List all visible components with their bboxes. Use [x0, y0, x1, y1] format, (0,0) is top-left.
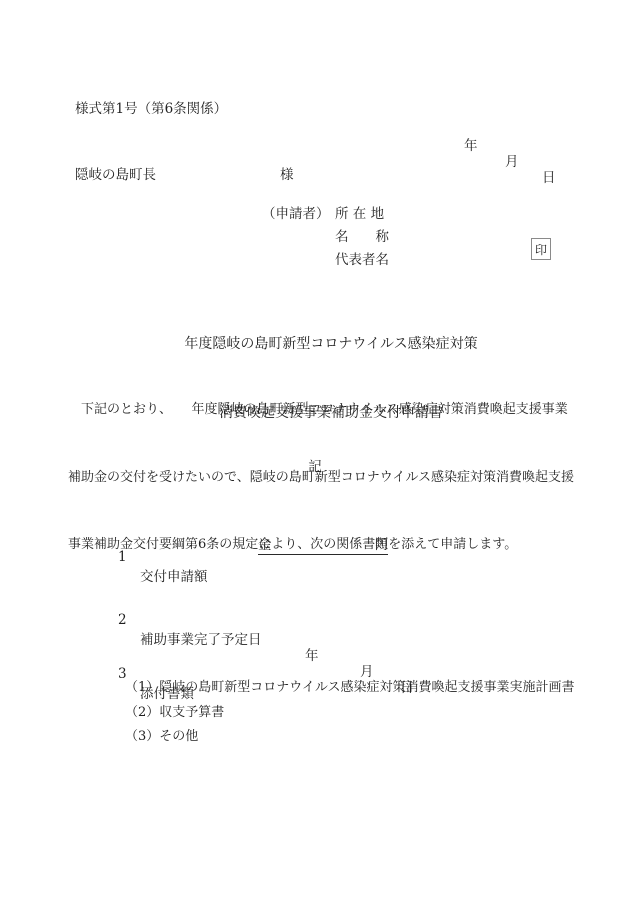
- body-paragraph-line: 下記のとおり、 年度隠岐の島町新型コロナウイルス感染症対策消費喚起支援事業: [68, 399, 578, 422]
- amount-blank-field: 金 円: [258, 533, 388, 555]
- attachment-item-3: （3）その他: [125, 725, 198, 744]
- addressee-honorific: 様: [280, 163, 294, 183]
- attachment-item-1: （1）隠岐の島町新型コロナウイルス感染症対策消費喚起支援事業実施計画書: [125, 676, 575, 695]
- item-number: 1: [118, 549, 127, 565]
- seal-label: 印: [535, 241, 547, 258]
- amount-prefix: 金: [258, 533, 272, 553]
- form-number: 様式第1号（第6条関係）: [75, 97, 227, 117]
- item-completion-date: 2 補助事業完了予定日 年 月 日: [0, 596, 630, 618]
- item-number: 2: [118, 612, 127, 628]
- item-label: 交付申請額: [140, 565, 208, 585]
- item-grant-amount: 1 交付申請額 金 円: [0, 533, 630, 555]
- document-title-line-1: 年度隠岐の島町新型コロナウイルス感染症対策: [32, 333, 630, 356]
- item-attachments: 3 添付書類: [0, 650, 630, 672]
- seal-box: 印: [531, 238, 551, 260]
- amount-suffix: 円: [375, 533, 389, 553]
- applicant-name-label: 名 称: [335, 225, 389, 245]
- month-label: 月: [505, 150, 519, 170]
- year-label: 年: [464, 134, 478, 154]
- applicant-address-label: 所 在 地: [335, 202, 384, 222]
- date-line: 年 月 日: [0, 118, 630, 138]
- document-page: 様式第1号（第6条関係） 年 月 日 隠岐の島町長 様 （申請者） 所 在 地 …: [0, 0, 630, 903]
- day-label: 日: [542, 166, 556, 186]
- attachment-item-2: （2）収支予算書: [125, 701, 224, 720]
- applicant-representative-label: 代表者名: [335, 248, 389, 268]
- record-marker: 記: [0, 455, 630, 475]
- item-label: 補助事業完了予定日: [140, 628, 262, 648]
- addressee-name: 隠岐の島町長: [75, 163, 156, 183]
- applicant-label: （申請者）: [262, 202, 330, 222]
